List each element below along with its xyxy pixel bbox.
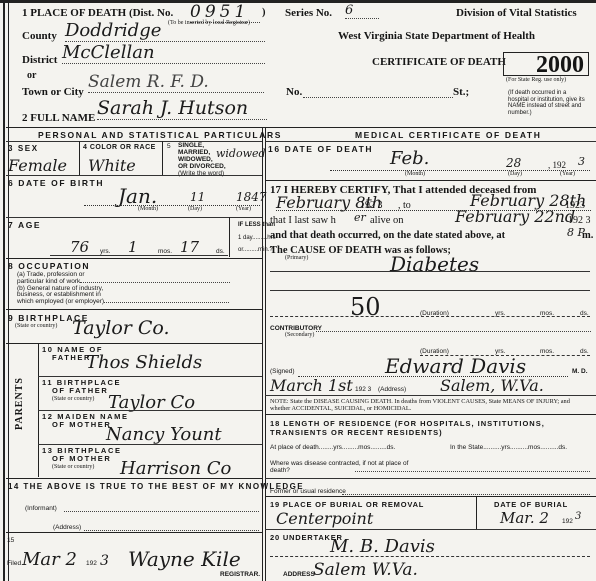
- signed-date-field[interactable]: March 1st: [270, 376, 353, 395]
- county-field[interactable]: Doddridge: [65, 20, 265, 42]
- dob-year-field[interactable]: 1847: [236, 190, 267, 204]
- divider: [6, 478, 262, 479]
- cause-line: [270, 271, 590, 272]
- signed-year[interactable]: 192 3: [355, 386, 371, 393]
- informant-label: (Informant): [25, 505, 57, 512]
- undertaker-line: [270, 556, 590, 557]
- dist-close-paren: ): [262, 7, 266, 18]
- marital-option-divorced: OR DIVORCED,: [178, 163, 226, 170]
- dob-day-field[interactable]: 11: [190, 190, 205, 204]
- trade-field[interactable]: [80, 282, 230, 283]
- divider: [265, 529, 596, 530]
- dod-year-prefix: , 192: [548, 160, 566, 170]
- primary-cause-field[interactable]: Diabetes: [390, 252, 479, 276]
- cell-divider: [476, 496, 477, 529]
- divider: [6, 532, 262, 533]
- registrar-label: REGISTRAR.: [220, 571, 260, 578]
- mother-birthplace-label-line2: OF MOTHER: [42, 455, 122, 463]
- former-residence-label: Former or usual residence: [270, 488, 346, 495]
- personal-section-title: PERSONAL AND STATISTICAL PARTICULARS: [38, 130, 282, 140]
- divider: [265, 414, 596, 415]
- dod-year-caption: (Year): [560, 171, 575, 177]
- last-saw-date-field[interactable]: February 22nd: [455, 207, 575, 226]
- department-label: West Virginia State Department of Health: [338, 30, 535, 42]
- certificate-number-note: (For State Reg. use only): [506, 77, 566, 83]
- dod-day-caption: (Day): [508, 171, 522, 177]
- place-of-death-label: 1 PLACE OF DEATH (Dist. No.: [22, 7, 173, 19]
- age-days-field[interactable]: 17: [180, 238, 199, 256]
- sex-field[interactable]: Female: [8, 156, 67, 175]
- ds-label: ds.: [216, 248, 225, 255]
- divider: [265, 180, 596, 181]
- duration-line: [270, 316, 590, 317]
- divider: [38, 444, 262, 445]
- race-field[interactable]: White: [88, 156, 136, 175]
- employer-field[interactable]: [104, 302, 229, 303]
- hospital-note: (If death occurred in a hospital or inst…: [508, 90, 588, 116]
- burial-place-label: 19 PLACE OF BURIAL OR REMOVAL: [270, 500, 424, 509]
- series-label: Series No.: [285, 7, 332, 19]
- duration-ds-label-2: ds.: [580, 348, 589, 355]
- race-label: 4 COLOR OR RACE: [83, 144, 156, 151]
- secondary-label: (Secondary): [285, 332, 314, 338]
- or-label: or: [27, 70, 36, 81]
- filed-year-prefix: 192: [86, 560, 97, 567]
- burial-place-field[interactable]: Centerpoint: [276, 509, 373, 528]
- town-label: Town or City: [22, 86, 84, 98]
- marital-status-field[interactable]: widowed: [216, 147, 266, 160]
- mother-birthplace-field[interactable]: Harrison Co: [120, 458, 231, 479]
- m-label: m.: [582, 230, 593, 241]
- divider: [6, 309, 262, 310]
- mos-label: mos.: [158, 248, 172, 255]
- signed-label: (Signed): [270, 368, 295, 375]
- age-label: 7 AGE: [8, 220, 41, 230]
- informant-field[interactable]: [64, 503, 259, 512]
- birthplace-sub: (State or country): [15, 323, 57, 329]
- dod-year-suffix[interactable]: 3: [578, 155, 585, 168]
- dod-underline: [330, 170, 590, 171]
- physician-address-field[interactable]: Salem, W.Va.: [440, 376, 544, 395]
- note-text: NOTE: State the DISEASE CAUSING DEATH. I…: [270, 398, 590, 412]
- divider: [265, 141, 596, 142]
- last-saw-label: that I last saw h: [270, 215, 336, 226]
- divider: [265, 496, 596, 497]
- filed-label: Filed: [7, 560, 21, 567]
- street-number-field[interactable]: [303, 85, 453, 98]
- medical-section-title: MEDICAL CERTIFICATE OF DEATH: [355, 130, 541, 140]
- cell-divider: [229, 217, 230, 257]
- yrs-label: yrs.: [100, 248, 110, 255]
- dob-underline: [84, 205, 260, 206]
- physician-signature[interactable]: Edward Davis: [385, 354, 526, 378]
- burial-date-field[interactable]: Mar. 2: [500, 509, 549, 527]
- alive-on-label: alive on: [370, 215, 404, 226]
- dod-month-caption: (Month): [405, 171, 425, 177]
- divider: [6, 175, 262, 176]
- minutes-field[interactable]: or.........min.?: [238, 247, 273, 254]
- father-name-field[interactable]: Thos Shields: [86, 352, 202, 373]
- residence-label: 18 LENGTH OF RESIDENCE (FOR HOSPITALS, I…: [270, 420, 590, 437]
- street-label: St.;: [453, 86, 469, 98]
- divider: [38, 410, 262, 411]
- no-label: No.: [286, 86, 302, 98]
- district-label: District: [22, 54, 57, 66]
- filed-date-field[interactable]: Mar 2: [22, 549, 77, 570]
- dod-label: 16 DATE OF DEATH: [268, 144, 373, 154]
- district-field[interactable]: McClellan: [62, 42, 265, 64]
- day-caption: (Day): [188, 206, 202, 212]
- burial-date-label: DATE OF BURIAL: [494, 500, 568, 509]
- age-months-field[interactable]: 1: [128, 238, 138, 256]
- contributory-field[interactable]: [316, 323, 591, 332]
- divider: [38, 376, 262, 377]
- dod-month-field[interactable]: Feb.: [390, 148, 429, 169]
- address-label: (Address): [53, 524, 81, 531]
- certificate-number: 2000: [503, 52, 589, 76]
- sex-label: 3 SEX: [8, 144, 39, 153]
- occupation-a2-label: particular kind of work: [17, 278, 80, 285]
- burial-year-prefix: 192: [562, 518, 573, 525]
- primary-label: (Primary): [285, 255, 308, 261]
- in-state-label[interactable]: In the State..........yrs..........mos..…: [450, 444, 567, 451]
- full-name-label: 2 FULL NAME: [22, 112, 95, 124]
- certificate-title: CERTIFICATE OF DEATH: [372, 56, 506, 68]
- month-caption: (Month): [138, 206, 158, 212]
- filed-number: 15: [7, 537, 14, 544]
- registrar-signature[interactable]: Wayne Kile: [128, 547, 241, 571]
- top-border: [0, 0, 596, 3]
- mother-name-field[interactable]: Nancy Yount: [106, 424, 222, 445]
- birthplace-field[interactable]: Taylor Co.: [72, 317, 170, 339]
- dod-day-field[interactable]: 28: [506, 156, 521, 170]
- occurred-text: and that death occurred, on the date sta…: [270, 230, 505, 241]
- division-label: Division of Vital Statistics: [456, 7, 577, 19]
- divider: [6, 343, 262, 344]
- md-label: M. D.: [572, 368, 588, 375]
- duration-mos-label-2: mos.: [540, 348, 554, 355]
- last-saw-pronoun[interactable]: er: [354, 211, 366, 224]
- informant-address-field[interactable]: [84, 522, 259, 531]
- mother-birthplace-label-line3: (State or country): [42, 463, 122, 471]
- parents-label: PARENTS: [14, 377, 25, 430]
- undertaker-field[interactable]: M. B. Davis: [330, 536, 435, 557]
- mother-birthplace-label: 13 BIRTHPLACE OF MOTHER (State or countr…: [42, 447, 122, 471]
- knowledge-label: 14 THE ABOVE IS TRUE TO THE BEST OF MY K…: [8, 482, 304, 491]
- marital-label-number: 5: [167, 143, 171, 150]
- left-border: [3, 0, 9, 581]
- occupation-label: 8 OCCUPATION: [8, 261, 90, 271]
- divider: [265, 395, 596, 396]
- occupation-b3-label: which employed (or employer): [17, 298, 104, 305]
- cell-divider: [79, 141, 80, 175]
- dob-label: 6 DATE OF BIRTH: [8, 178, 104, 188]
- physician-address-label: (Address): [378, 386, 406, 393]
- full-name-field[interactable]: Sarah J. Hutson: [97, 97, 267, 120]
- series-number[interactable]: 6: [345, 3, 379, 19]
- contributory-label: CONTRIBUTORY: [270, 325, 322, 332]
- undertaker-address-label: ADDRESS: [283, 571, 315, 578]
- county-label: County: [22, 30, 57, 42]
- occupation-questions: (a) Trade, profession or particular kind…: [17, 272, 230, 306]
- at-place-label[interactable]: At place of death........yrs.........mos…: [270, 444, 395, 451]
- cell-divider: [162, 141, 163, 175]
- filed-year-suffix[interactable]: 3: [100, 553, 109, 569]
- contracted-field[interactable]: [355, 466, 590, 472]
- year-caption: (Year): [236, 206, 251, 212]
- divider: [6, 258, 262, 259]
- undertaker-address-field[interactable]: Salem W.Va.: [313, 560, 418, 580]
- divider: [6, 127, 596, 128]
- divider: [6, 217, 262, 218]
- age-underline: [50, 255, 228, 256]
- former-residence-field[interactable]: [342, 487, 590, 495]
- cause-line: [270, 290, 590, 291]
- divider: [265, 478, 596, 479]
- occupation-b-line: which employed (or employer): [17, 299, 230, 306]
- burial-year-suffix[interactable]: 3: [575, 511, 581, 522]
- last-saw-year[interactable]: 192 3: [568, 215, 591, 226]
- age-years-field[interactable]: 76: [70, 238, 89, 256]
- town-field[interactable]: Salem R. F. D.: [88, 72, 264, 93]
